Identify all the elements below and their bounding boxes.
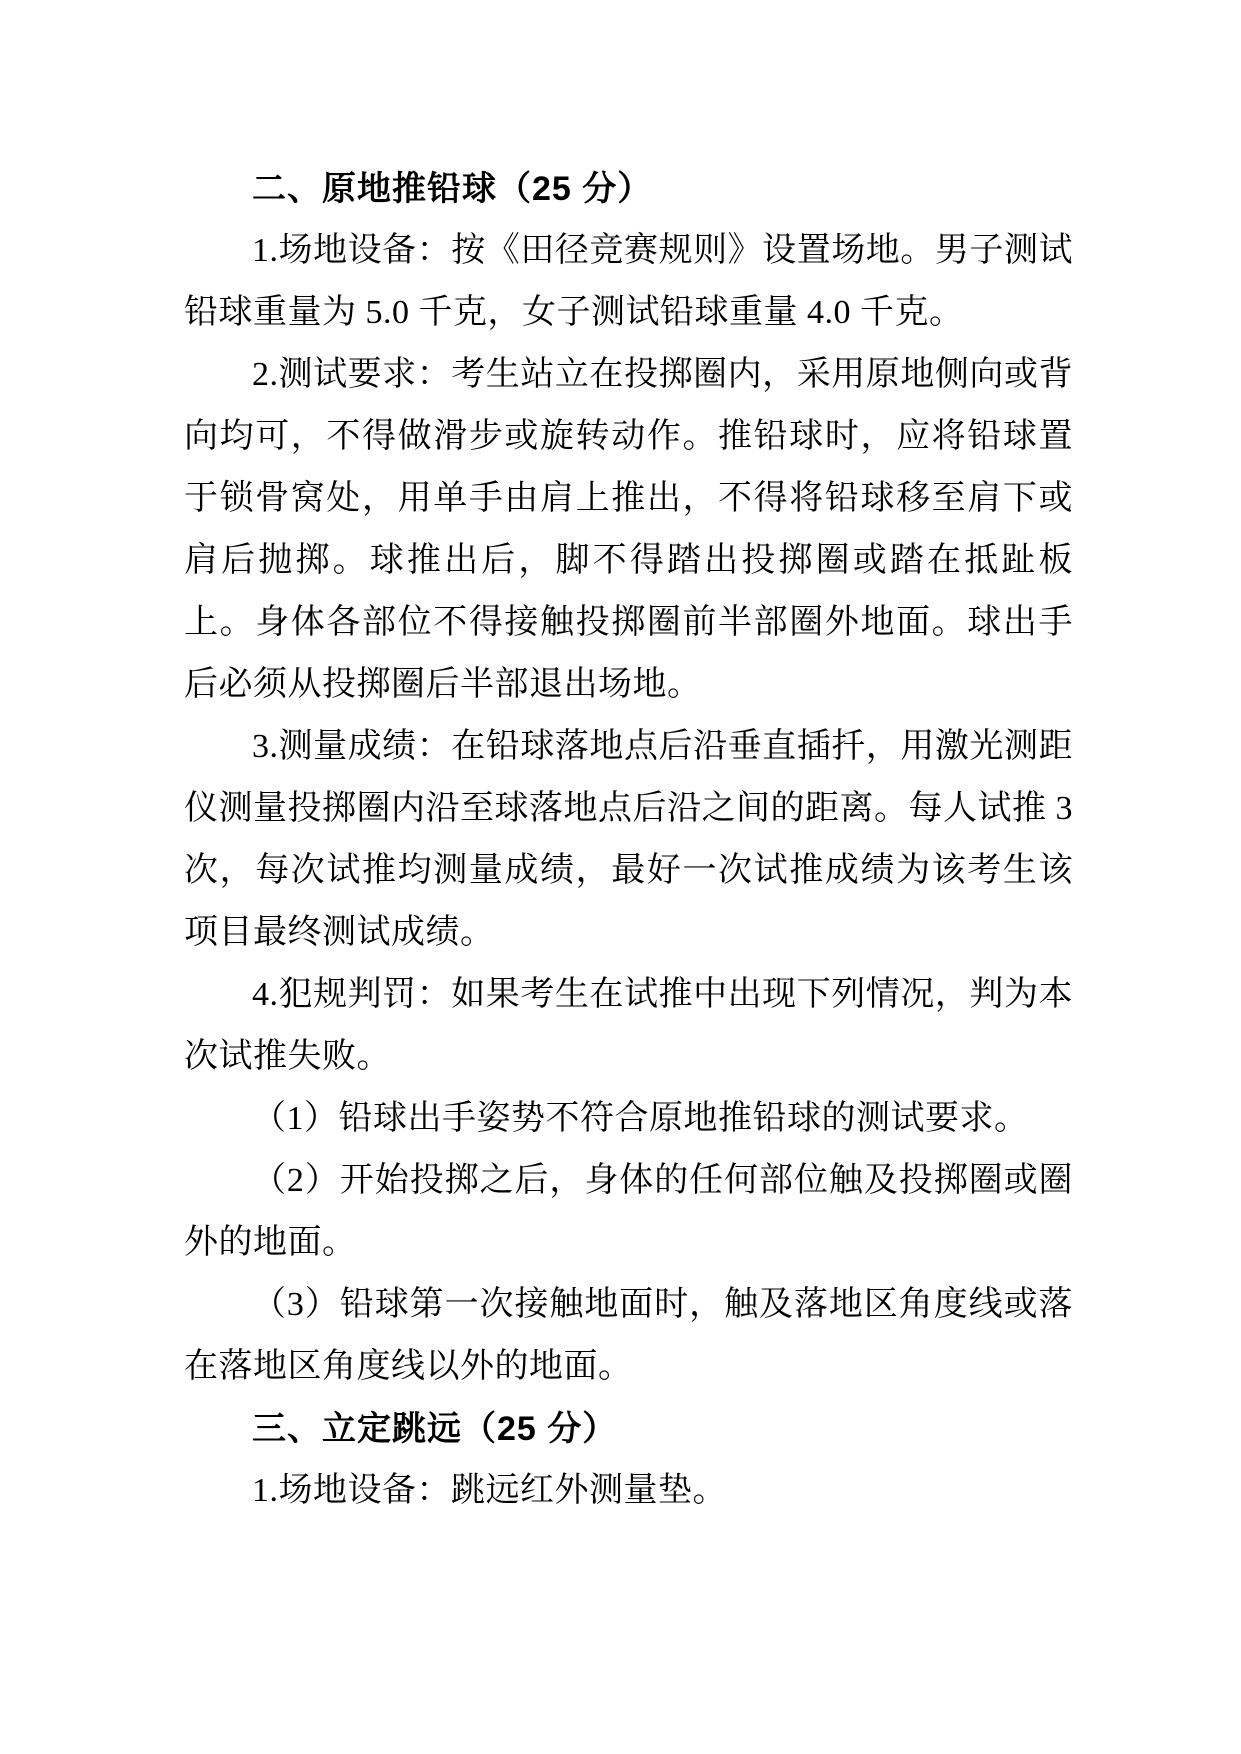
paragraph-shot-put-test-requirements: 2.测试要求：考生站立在投掷圈内，采用原地侧向或背向均可，不得做滑步或旋转动作。… xyxy=(184,344,1073,716)
section-heading-standing-long-jump: 三、立定跳远（25 分） xyxy=(184,1398,1073,1460)
paragraph-shot-put-venue-equipment: 1.场地设备：按《田径竞赛规则》设置场地。男子测试铅球重量为 5.0 千克，女子… xyxy=(184,220,1073,344)
paragraph-shot-put-measurement: 3.测量成绩：在铅球落地点后沿垂直插扦，用激光测距仪测量投掷圈内沿至球落地点后沿… xyxy=(184,716,1073,964)
paragraph-long-jump-venue-equipment: 1.场地设备：跳远红外测量垫。 xyxy=(184,1460,1073,1522)
list-item-foul-2: （2）开始投掷之后，身体的任何部位触及投掷圈或圈外的地面。 xyxy=(184,1150,1073,1274)
list-item-foul-1: （1）铅球出手姿势不符合原地推铅球的测试要求。 xyxy=(184,1088,1073,1150)
paragraph-shot-put-foul-penalty: 4.犯规判罚：如果考生在试推中出现下列情况，判为本次试推失败。 xyxy=(184,964,1073,1088)
document-page: 二、原地推铅球（25 分） 1.场地设备：按《田径竞赛规则》设置场地。男子测试铅… xyxy=(0,0,1241,1754)
section-heading-shot-put: 二、原地推铅球（25 分） xyxy=(184,158,1073,220)
list-item-foul-3: （3）铅球第一次接触地面时，触及落地区角度线或落在落地区角度线以外的地面。 xyxy=(184,1274,1073,1398)
